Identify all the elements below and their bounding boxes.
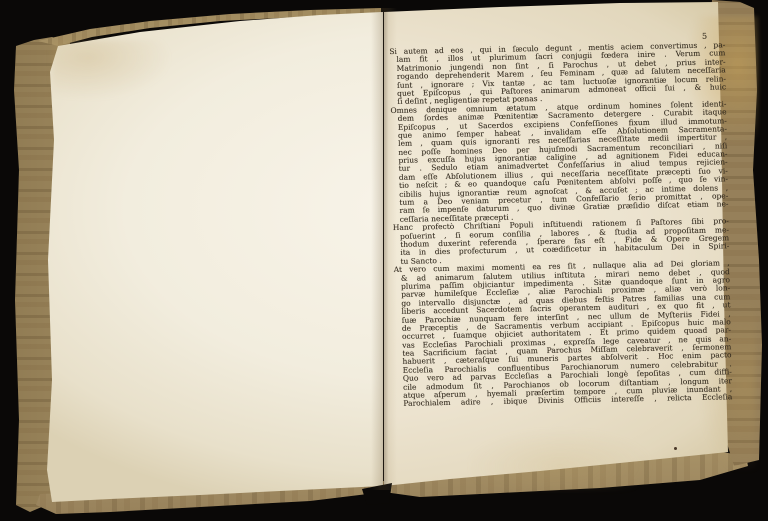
paragraph-2: Omnes denique omnium ætatum , atque ordi… xyxy=(390,100,728,224)
paragraph-4: At vero cum maximi momenti ea res ſit , … xyxy=(394,259,733,408)
ink-speck xyxy=(674,447,677,450)
paragraph-3: Hanc profectò Chriſtiani Populi inſtitue… xyxy=(393,217,730,266)
paragraph-1: Si autem ad eos , qui in ſæculo degunt ,… xyxy=(389,41,726,106)
text-column: 5 Si autem ad eos , qui in ſæculo degunt… xyxy=(389,31,732,408)
book-photo: 5 Si autem ad eos , qui in ſæculo degunt… xyxy=(0,0,768,521)
